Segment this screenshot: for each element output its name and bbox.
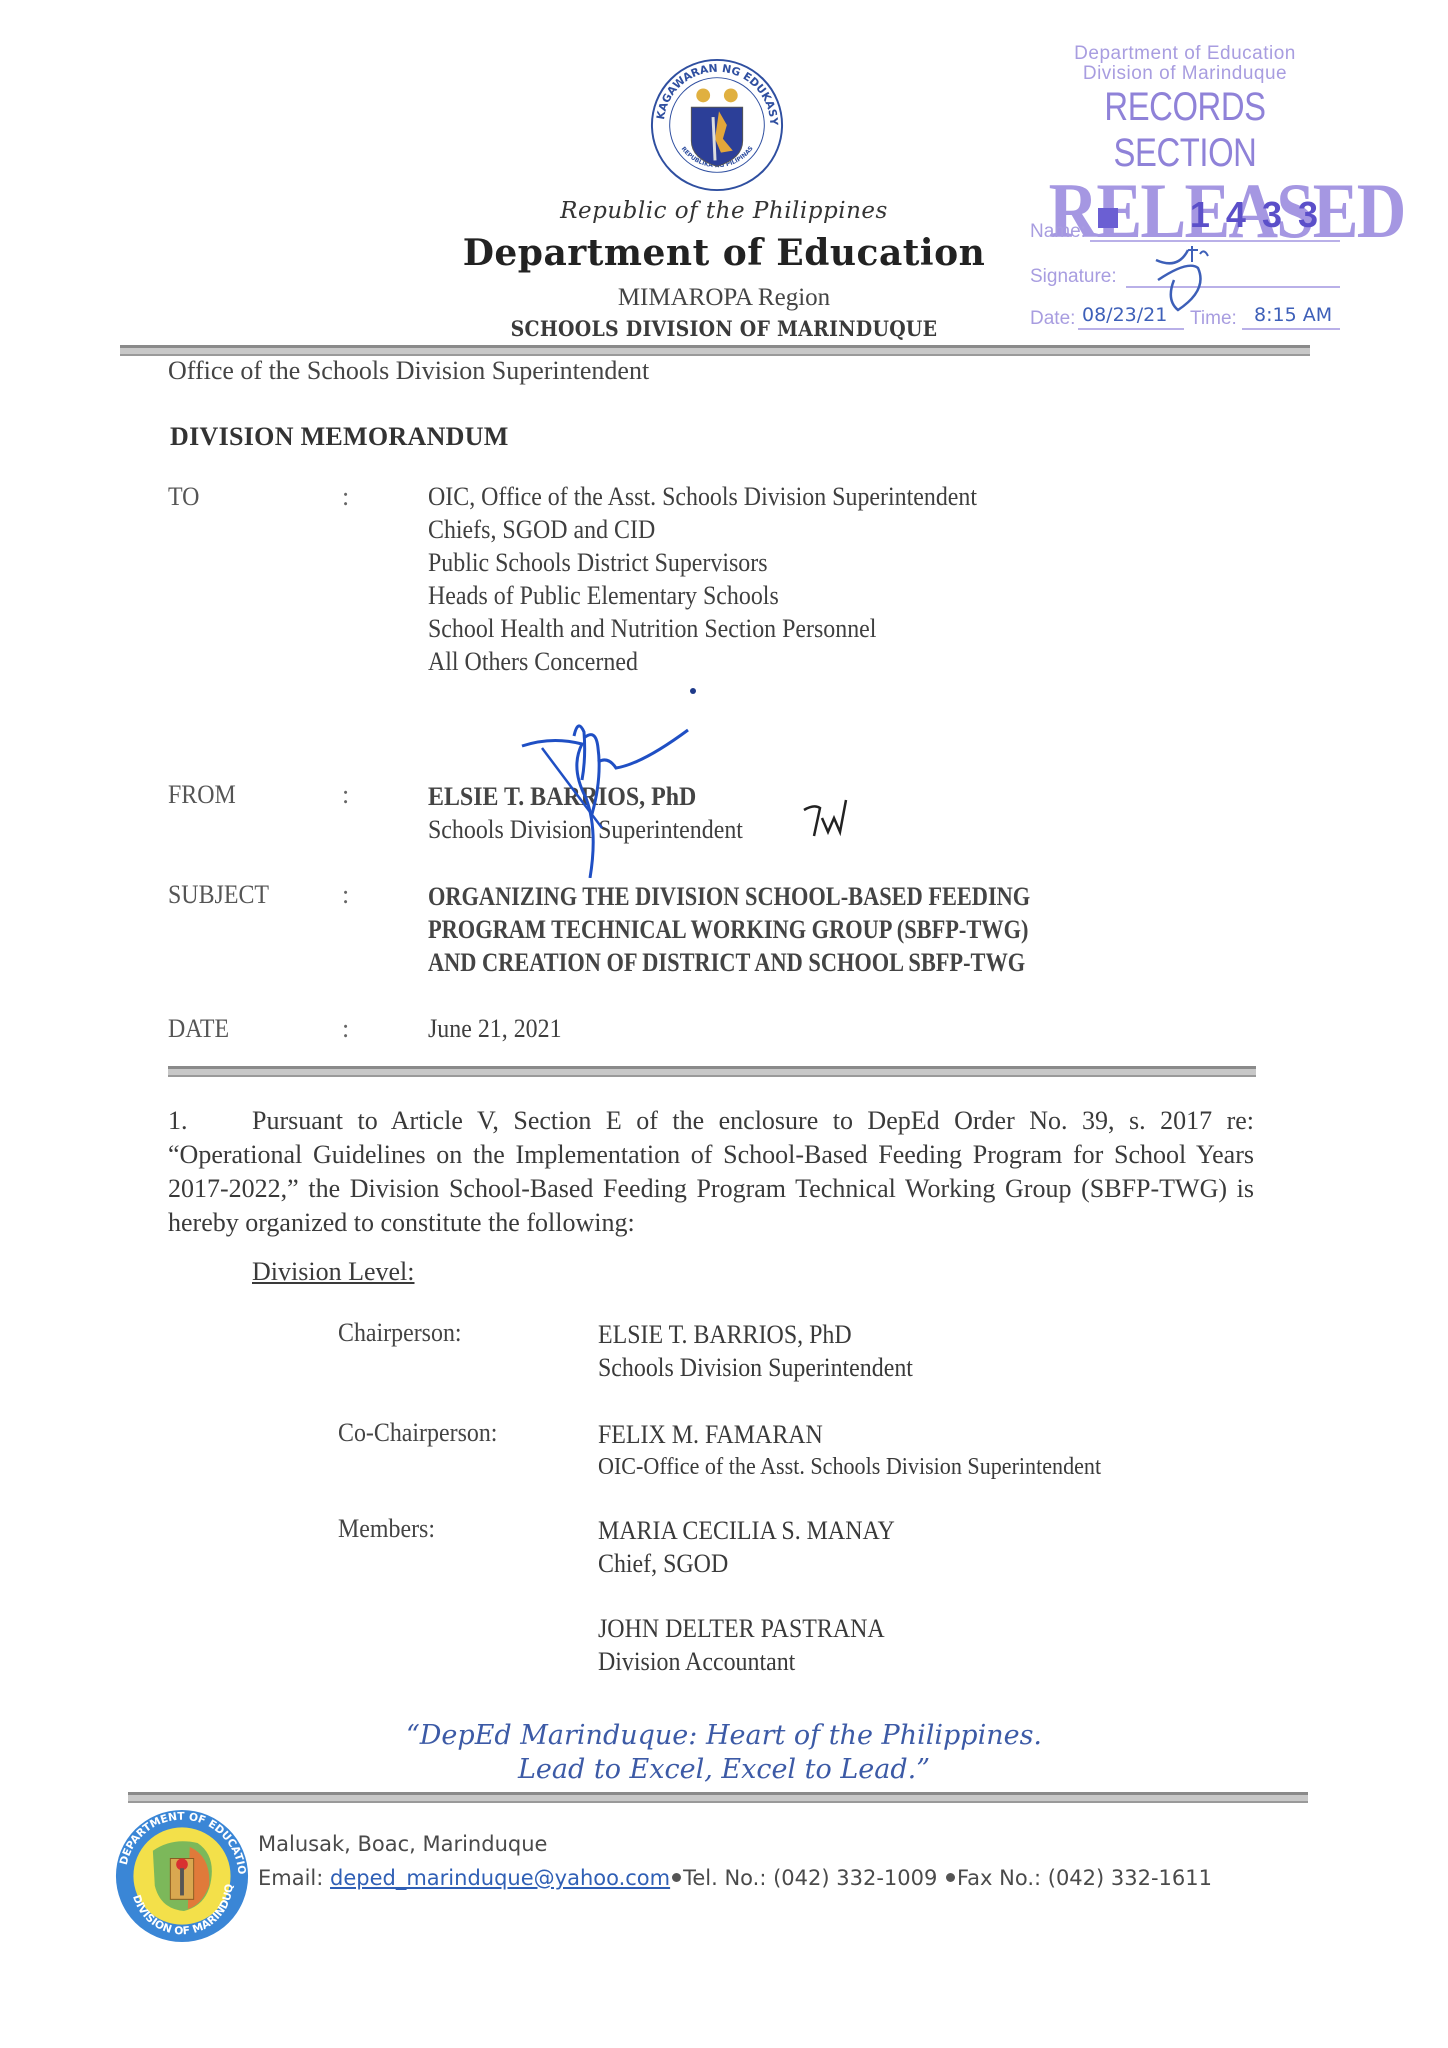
stamp-mark-icon — [1098, 208, 1118, 228]
subject-line: PROGRAM TECHNICAL WORKING GROUP (SBFP-TW… — [428, 913, 1128, 946]
tel-number: Tel. No.: (042) 332-1009 — [683, 1866, 944, 1890]
email-link[interactable]: deped_marinduque@yahoo.com — [330, 1866, 670, 1890]
member-title: Chief, SGOD — [598, 1547, 921, 1580]
subject-line: ORGANIZING THE DIVISION SCHOOL-BASED FEE… — [428, 880, 1128, 913]
memo-title: DIVISION MEMORANDUM — [170, 422, 509, 452]
cochair-label: Co-Chairperson: — [338, 1418, 511, 1448]
ink-dot — [690, 688, 696, 694]
deped-seal-icon: KAGAWARAN NG EDUKASYON REPUBLIKA NG PILI… — [648, 56, 786, 194]
chairperson-name: ELSIE T. BARRIOS, PhD — [598, 1318, 940, 1351]
motto-line-2: Lead to Excel, Excel to Lead.” — [0, 1752, 1448, 1788]
member-name: JOHN DELTER PASTRANA — [598, 1612, 910, 1645]
paragraph-number: 1. — [168, 1104, 252, 1138]
subject-line: AND CREATION OF DISTRICT AND SCHOOL SBFP… — [428, 946, 1128, 979]
fax-number: Fax No.: (042) 332-1611 — [957, 1866, 1212, 1890]
records-released-stamp: Department of Education Division of Mari… — [1030, 44, 1340, 246]
date-label: DATE — [168, 1014, 234, 1044]
stamp-number: 1433 — [1190, 194, 1334, 236]
bullet-icon — [672, 1873, 681, 1882]
to-recipients: OIC, Office of the Asst. Schools Divisio… — [428, 480, 1025, 678]
chairperson-title: Schools Division Superintendent — [598, 1351, 940, 1384]
stamp-date-label: Date: — [1030, 308, 1075, 330]
subject-label: SUBJECT — [168, 880, 278, 910]
footer-contact: Email: deped_marinduque@yahoo.comTel. No… — [258, 1866, 1212, 1890]
stamp-section: RECORDS SECTION — [1058, 84, 1312, 176]
member-title: Division Accountant — [598, 1645, 910, 1678]
stamp-date-line — [1078, 328, 1184, 330]
to-label: TO — [168, 482, 202, 512]
chairperson-block: ELSIE T. BARRIOS, PhD Schools Division S… — [598, 1318, 940, 1384]
stamp-line1: Department of Education — [1030, 44, 1340, 64]
bullet-icon — [946, 1873, 955, 1882]
division-level-heading: Division Level: — [252, 1257, 414, 1287]
from-colon: : — [342, 780, 349, 810]
cochair-name: FELIX M. FAMARAN — [598, 1418, 1145, 1451]
header-divider — [120, 345, 1310, 356]
recipient: OIC, Office of the Asst. Schools Divisio… — [428, 480, 1025, 513]
stamp-time-label: Time: — [1190, 308, 1237, 330]
motto-line-1: “DepEd Marinduque: Heart of the Philippi… — [0, 1718, 1448, 1754]
member-name: MARIA CECILIA S. MANAY — [598, 1514, 921, 1547]
email-label: Email: — [258, 1866, 330, 1890]
date-value: June 21, 2021 — [428, 1012, 573, 1045]
memo-divider — [168, 1066, 1256, 1077]
subject-text: ORGANIZING THE DIVISION SCHOOL-BASED FEE… — [428, 880, 1128, 979]
recipient: School Health and Nutrition Section Pers… — [428, 612, 1025, 645]
division-of-marinduque-seal-icon: DEPARTMENT OF EDUCATION DIVISION OF MARI… — [114, 1808, 250, 1944]
footer-divider — [128, 1792, 1308, 1803]
initials-icon — [800, 796, 850, 842]
recipient: All Others Concerned — [428, 645, 1025, 678]
paragraph-1: 1.Pursuant to Article V, Section E of th… — [168, 1104, 1254, 1240]
stamp-time-value: 8:15 AM — [1254, 304, 1332, 326]
recipient: Public Schools District Supervisors — [428, 546, 1025, 579]
member-block: MARIA CECILIA S. MANAY Chief, SGOD — [598, 1514, 921, 1580]
paragraph-text: Pursuant to Article V, Section E of the … — [168, 1106, 1254, 1237]
date-colon: : — [342, 1014, 349, 1044]
footer-address: Malusak, Boac, Marinduque — [258, 1832, 547, 1856]
stamp-name-label: Name: — [1030, 221, 1086, 243]
member-block: JOHN DELTER PASTRANA Division Accountant — [598, 1612, 910, 1678]
stamp-time-line — [1242, 328, 1340, 330]
from-label: FROM — [168, 780, 242, 810]
cochair-block: FELIX M. FAMARAN OIC-Office of the Asst.… — [598, 1418, 1145, 1484]
chairperson-label: Chairperson: — [338, 1318, 472, 1348]
recipient: Chiefs, SGOD and CID — [428, 513, 1025, 546]
signature-icon — [512, 718, 712, 878]
to-colon: : — [342, 482, 349, 512]
stamp-line2: Division of Marinduque — [1030, 64, 1340, 84]
stamp-signature-label: Signature: — [1030, 266, 1117, 288]
cochair-title: OIC-Office of the Asst. Schools Division… — [598, 1451, 1145, 1484]
recipient: Heads of Public Elementary Schools — [428, 579, 1025, 612]
office-line: Office of the Schools Division Superinte… — [168, 356, 649, 386]
subject-colon: : — [342, 880, 349, 910]
members-label: Members: — [338, 1514, 443, 1544]
stamp-date-value: 08/23/21 — [1082, 304, 1167, 326]
